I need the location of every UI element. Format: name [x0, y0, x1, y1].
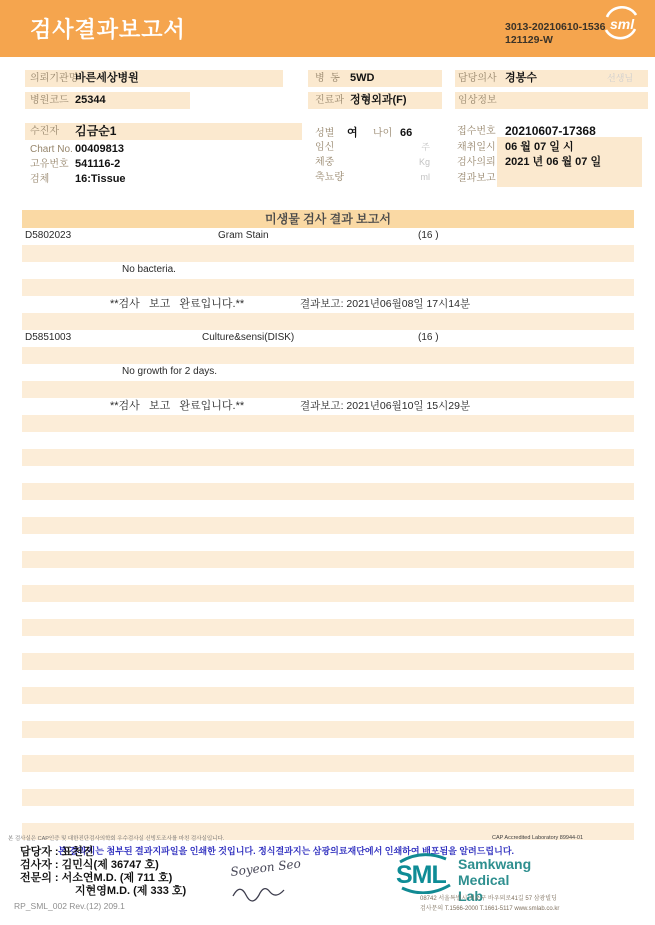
age-value: 66 — [400, 127, 412, 139]
hospital-code-value: 25344 — [75, 92, 106, 109]
signature-icon: Soyeon Seo — [225, 860, 320, 915]
svg-text:Soyeon Seo: Soyeon Seo — [230, 860, 302, 879]
lab-report-page: 검사결과보고서 3013-20210610-1536121129-W sml 의… — [0, 0, 655, 925]
age-label: 나이 — [373, 125, 400, 142]
field-department: 진료과 정형외과(F) — [308, 92, 442, 109]
request-label: 검사의뢰 — [457, 154, 496, 171]
section-title: 미생물 검사 결과 보고서 — [265, 212, 391, 226]
doc-no-line2: 121129-W — [505, 34, 553, 46]
hospital-code-label: 병원코드 — [30, 92, 69, 109]
field-unique-no: 고유번호541116-2 — [30, 154, 120, 169]
test-result: No bacteria. — [122, 262, 176, 279]
field-clinical-info: 임상정보 — [455, 92, 648, 109]
sml-circle-logo-icon: sml — [600, 2, 642, 44]
test-name: Gram Stain — [218, 228, 269, 245]
referring-org-value: 바른세상병원 — [75, 70, 139, 87]
specialist-label: 전문의 : — [20, 872, 59, 884]
field-chart-no: Chart No.00409813 — [30, 139, 124, 154]
specimen-value: 16:Tissue — [75, 173, 126, 185]
urine-volume-unit: ml — [406, 169, 430, 186]
doctor-suffix: 선생님 — [607, 70, 633, 87]
field-sex-age: 성별여나이66 — [315, 123, 412, 140]
test-name: Culture&sensi(DISK) — [202, 330, 294, 347]
field-referring-org: 의뢰기관명 바른세상병원 — [25, 70, 283, 87]
specialist2-name: 지현영M.D. (제 333 호) — [75, 885, 186, 897]
page-title: 검사결과보고서 — [30, 13, 186, 44]
report-date-label: 결과보고 — [457, 170, 496, 187]
doctor-label: 담당의사 — [458, 70, 497, 87]
department-value: 정형외과(F) — [350, 92, 407, 109]
request-value: 2021 년 06 월 07 일 — [505, 154, 601, 171]
field-doctor: 담당의사 경봉수 선생님 — [455, 70, 648, 87]
patient-label: 수진자 — [30, 123, 59, 140]
ward-value: 5WD — [350, 70, 374, 87]
test-code: D5802023 — [25, 228, 71, 245]
results-area: D5802023 Gram Stain (16 ) No bacteria. *… — [22, 228, 634, 840]
document-number: 3013-20210610-1536121129-W — [505, 21, 605, 47]
receipt-no-value: 20210607-17368 — [505, 123, 596, 140]
doctor-value: 경봉수 — [505, 70, 537, 87]
test-reported-at: 결과보고: 2021년06월08일 17시14분 — [300, 296, 470, 313]
accreditation-note: 본 검사실은 CAP인증 및 대한진단검사의학회 우수검사실 신빙도조사를 마친… — [8, 834, 224, 842]
clinical-info-label: 임상정보 — [458, 92, 497, 109]
sml-logo-icon: SML — [392, 852, 454, 894]
patient-value: 김금순1 — [75, 123, 116, 140]
test-result: No growth for 2 days. — [122, 364, 217, 381]
department-label: 진료과 — [315, 92, 344, 109]
field-specimen: 검체16:Tissue — [30, 169, 126, 184]
field-ward: 병 동 5WD — [308, 70, 442, 87]
sex-value: 여 — [347, 125, 373, 142]
form-number: RP_SML_002 Rev.(12) 209.1 — [14, 901, 125, 911]
urine-volume-label: 축뇨량 — [315, 169, 344, 186]
test-reported-at: 결과보고: 2021년06월10일 15시29분 — [300, 398, 470, 415]
staff-specialist2-line: 지현영M.D. (제 333 호) — [75, 882, 186, 898]
field-patient: 수진자 김금순1 — [25, 123, 302, 140]
lab-contact: 검사문의 T.1566-2000 T.1661-5117 www.smlab.c… — [420, 903, 559, 912]
svg-text:sml: sml — [610, 16, 635, 32]
lab-address: 08742 서울특별시 서초구 바우뫼로41길 57 삼광빌딩 — [420, 893, 557, 902]
section-header-microbiology: 미생물 검사 결과 보고서 — [22, 210, 634, 228]
referring-org-label: 의뢰기관명 — [30, 70, 78, 87]
lab-name-line1: Samkwang — [458, 856, 531, 872]
test-specimen-no: (16 ) — [418, 330, 439, 347]
report-header: 검사결과보고서 3013-20210610-1536121129-W sml — [0, 0, 655, 57]
field-hospital-code: 병원코드 25344 — [25, 92, 190, 109]
specimen-label: 검체 — [30, 171, 75, 188]
test-complete-note: **검사 보고 완료입니다.** — [110, 296, 244, 313]
test-complete-note: **검사 보고 완료입니다.** — [110, 398, 244, 415]
svg-text:SML: SML — [396, 861, 447, 889]
cap-accreditation-label: CAP Accredited Laboratory 89944-01 — [492, 835, 583, 841]
test-code: D5851003 — [25, 330, 71, 347]
sml-lab-logo: SML SamkwangMedical Lab — [392, 852, 454, 899]
doc-no-line1: 3013-20210610-1536 — [505, 21, 605, 33]
receipt-no-label: 접수번호 — [457, 123, 496, 140]
ward-label: 병 동 — [315, 70, 340, 87]
test-specimen-no: (16 ) — [418, 228, 439, 245]
